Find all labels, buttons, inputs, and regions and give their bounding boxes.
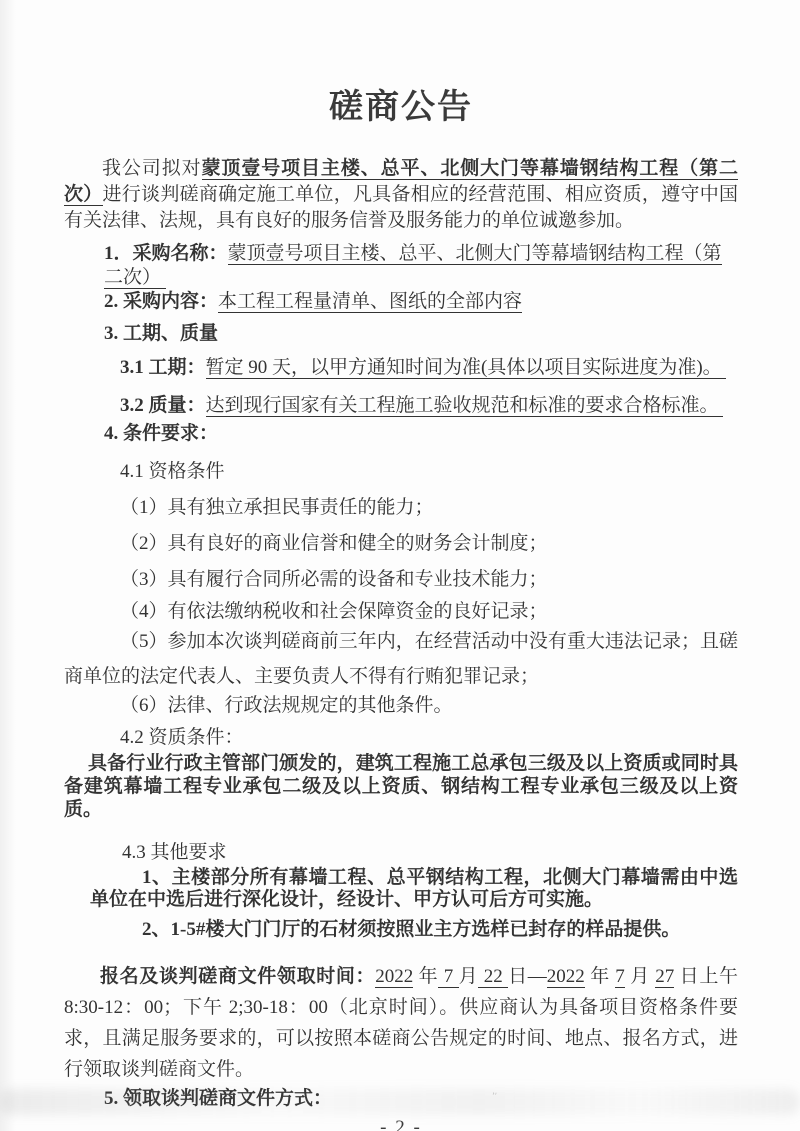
condition-2: （2）具有良好的商业信誉和健全的财务会计制度；	[120, 532, 738, 556]
item-3-2-quality: 3.2 质量：达到现行国家有关工程施工验收规范和标准的要求合格标准。	[120, 394, 738, 418]
qualification-grade-paragraph: 具备行业行政主管部门颁发的，建筑工程施工总承包三级及以上资质或同时具备建筑幕墙工…	[64, 752, 738, 821]
registration-time-paragraph: 报名及谈判磋商文件领取时间：2022 年 7 月 22 日—2022 年 7 月…	[64, 961, 738, 1085]
text-run: 1、主楼部分所有幕墙工程、总平钢结构工程，北侧大门幕墙需由中选单位在中选后进行深…	[90, 867, 738, 910]
text-run: 报名及谈判磋商文件领取时间：	[100, 966, 375, 987]
page-number: - 2 -	[64, 1117, 738, 1131]
other-requirement-2: 2、1-5#楼大门门厅的石材须按照业主方选样已封存的样品提供。	[142, 919, 738, 941]
text-run: 进行谈判磋商确定施工单位，凡具备相应的经营范围、相应资质，遵守中国有关法律、法规…	[64, 184, 738, 231]
text-run: 1．采购名称：	[104, 243, 228, 264]
item-1-procurement-name: 1．采购名称：蒙顶壹号项目主楼、总平、北侧大门等幕墙钢结构工程（第二次）	[104, 242, 738, 290]
item-3-1-duration: 3.1 工期：暂定 90 天，以甲方通知时间为准(具体以项目实际进度为准)。	[120, 356, 738, 380]
condition-5: （5）参加本次谈判磋商前三年内，在经营活动中没有重大违法记录；且磋商单位的法定代…	[64, 624, 738, 694]
condition-1: （1）具有独立承担民事责任的能力；	[120, 496, 738, 520]
text-run: （2）具有良好的商业信誉和健全的财务会计制度；	[120, 533, 548, 554]
item-4-3-other-requirements: 4.3 其他要求	[122, 841, 738, 865]
text-run: 年	[413, 966, 438, 987]
underlined-text: 22	[478, 966, 508, 988]
text-run: 4.2 资质条件：	[120, 727, 244, 748]
text-run: 4.3 其他要求	[122, 842, 227, 863]
text-run: 3.1 工期：	[120, 357, 206, 378]
document-body: 我公司拟对蒙顶壹号项目主楼、总平、北侧大门等幕墙钢结构工程（第二次）进行谈判磋商…	[64, 156, 738, 1111]
item-4-1-qualification-conditions: 4.1 资格条件	[120, 460, 738, 484]
text-run: 2、1-5#楼大门门厅的石材须按照业主方选样已封存的样品提供。	[142, 919, 680, 940]
heading-5-document-collection-method: 5. 领取谈判磋商文件方式：	[104, 1087, 738, 1111]
document-title: 磋商公告	[64, 86, 738, 130]
text-run: 月	[625, 966, 655, 987]
underlined-text: 本工程工程量清单、图纸的全部内容	[218, 291, 522, 313]
text-run: （6）法律、行政法规规定的其他条件。	[120, 695, 453, 716]
text-run: 3.2 质量：	[120, 395, 206, 416]
other-requirement-1: 1、主楼部分所有幕墙工程、总平钢结构工程，北侧大门幕墙需由中选单位在中选后进行深…	[90, 867, 738, 911]
text-run: 3. 工期、质量	[104, 323, 218, 344]
text-run: 月	[459, 966, 479, 987]
condition-6: （6）法律、行政法规规定的其他条件。	[120, 694, 738, 718]
text-run: 具备行业行政主管部门颁发的，建筑工程施工总承包三级及以上资质或同时具备建筑幕墙工…	[64, 753, 738, 820]
scan-left-edge-shadow	[0, 0, 16, 1131]
underlined-text: 27	[655, 966, 674, 988]
text-run: 我公司拟对	[102, 158, 202, 179]
heading-4-condition-requirements: 4. 条件要求：	[104, 422, 738, 446]
text-run: 4.1 资格条件	[120, 461, 225, 482]
underlined-text: 暂定 90 天，以甲方通知时间为准(具体以项目实际进度为准)。	[206, 357, 727, 379]
text-run: （5）参加本次谈判磋商前三年内，在经营活动中没有重大违法记录；且磋商单位的法定代…	[64, 631, 738, 687]
text-run: 4. 条件要求：	[104, 423, 218, 444]
underlined-text: 7	[438, 966, 458, 988]
text-run: （4）有依法缴纳税收和社会保障资金的良好记录；	[120, 601, 548, 622]
text-run: （3）具有履行合同所必需的设备和专业技术能力；	[120, 569, 548, 590]
item-4-2-qualification-grade: 4.2 资质条件：	[120, 726, 738, 750]
condition-4: （4）有依法缴纳税收和社会保障资金的良好记录；	[120, 600, 738, 624]
text-run: 2. 采购内容：	[104, 291, 218, 312]
text-run: （1）具有独立承担民事责任的能力；	[120, 497, 434, 518]
underlined-text: 2022	[547, 966, 585, 988]
document-page: 磋商公告 我公司拟对蒙顶壹号项目主楼、总平、北侧大门等幕墙钢结构工程（第二次）进…	[0, 0, 800, 1131]
underlined-text: 达到现行国家有关工程施工验收规范和标准的要求合格标准。	[206, 395, 724, 417]
underlined-text: 7	[615, 966, 625, 988]
text-run: 年	[585, 966, 615, 987]
item-2-procurement-content: 2. 采购内容：本工程工程量清单、图纸的全部内容	[104, 290, 738, 314]
text-run: 5. 领取谈判磋商文件方式：	[104, 1088, 332, 1109]
underlined-text: 2022	[375, 966, 413, 988]
condition-3: （3）具有履行合同所必需的设备和专业技术能力；	[120, 568, 738, 592]
heading-3-duration-quality: 3. 工期、质量	[104, 322, 738, 346]
intro-paragraph: 我公司拟对蒙顶壹号项目主楼、总平、北侧大门等幕墙钢结构工程（第二次）进行谈判磋商…	[64, 156, 738, 234]
text-run: 日—	[508, 966, 547, 987]
